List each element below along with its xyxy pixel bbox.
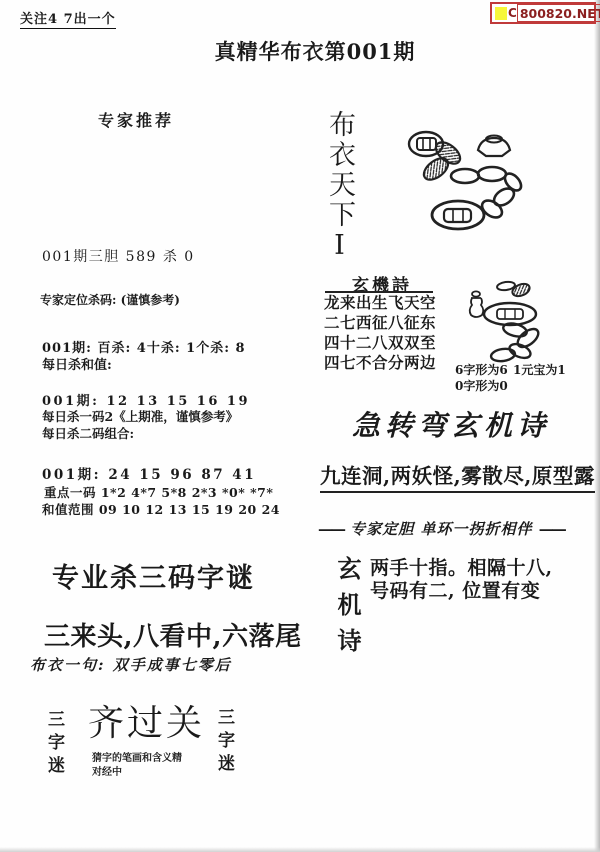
legend-zero-shape: 0字形为0 [455,377,508,394]
note-line1: 猜字的笔画和含义精 [92,753,182,764]
qiguoguan-answer: 齐过关 [88,695,205,746]
page-title: 真精华布衣第001期 [0,36,600,66]
dash-decoration: —— [318,520,344,538]
poem-line: 四十二八双双至 [324,333,436,353]
c-mark: C [508,6,517,20]
watch-note: 关注4 7出一个 [20,8,116,29]
lottery-tip-sheet: 关注4 7出一个 C 800820.NET 真精华布衣第001期 专家推荐 00… [0,0,600,852]
kill-code-heading: 专家定位杀码: (谨慎参考) [40,291,180,308]
logo-text: 800820.NET [520,6,600,21]
hands-line1: 两手十指。相隔十八, [370,557,553,580]
sanzi-label-right: 三字迷 [212,708,237,777]
poem-line: 四七不合分两边 [324,353,436,373]
vase-snake-illustration [458,278,558,366]
expert-dan-line: —— 专家定胆 单环一拐折相伴 —— [318,518,565,539]
logo-inner-frame: 800820.NET [517,4,600,22]
xuanji-poem: 龙来出生飞天空 二七西征八征东 四十二八双双至 四七不合分两边 [324,293,436,373]
sha-sanma-heading: 专业杀三码字谜 [52,556,255,595]
poem-line: 龙来出生飞天空 [324,293,436,313]
jizhuanwan-heading: 急转弯玄机诗 [352,404,550,444]
nine-holes-riddle: 九连洞,两妖怪,雾散尽,原型露 [320,459,595,493]
key-one-code-line: 重点一码 1*2 4*7 5*8 2*3 *0* *7* [44,483,273,501]
buyi-sentence: 布衣一句: 双手成事七零后 [30,654,232,675]
legend-yuanbao: 1元宝为1 [513,361,566,378]
sum-range-line: 和值范围 09 10 12 13 15 19 20 24 [42,500,280,518]
period-values-line: 001期: 24 15 96 87 41 [42,463,256,483]
dash-decoration: —— [539,520,565,538]
scan-edge [594,0,600,852]
yellow-square-icon [495,7,507,20]
scan-edge [0,847,600,852]
poem-line: 二七西征八征东 [324,313,436,333]
daily-kill-sum-label: 每日杀和值: [42,354,112,373]
expert-recommend-heading: 专家推荐 [98,108,174,131]
qiguoguan-note: 猜字的笔画和含义精 对经中 [92,752,212,780]
hands-line2: 号码有二, 位置有变 [370,580,553,603]
three-dan-line: 001期三胆 589 杀 0 [42,246,195,266]
legend-six-shape: 6字形为6 [455,361,508,378]
riddle-line: 三来头,八看中,六落尾 [44,616,302,653]
xuanjishi-vertical-label: 玄机诗 [330,556,365,664]
hands-riddle: 两手十指。相隔十八, 号码有二, 位置有变 [370,557,553,603]
sanzi-label-left: 三字迷 [42,710,67,779]
note-line2: 对经中 [92,767,122,778]
expert-dan-text: 专家定胆 单环一拐折相伴 [350,520,532,538]
site-logo: C 800820.NET [490,2,596,24]
buyi-tianxia-heading: 布衣天下I [320,110,359,264]
daily-kill-two-label: 每日杀二码组合: [42,424,134,442]
daily-kill-one-line: 每日杀一码2《上期准，谨慎参考》 [42,407,238,425]
bead-chain-ingot-illustration [398,124,576,236]
